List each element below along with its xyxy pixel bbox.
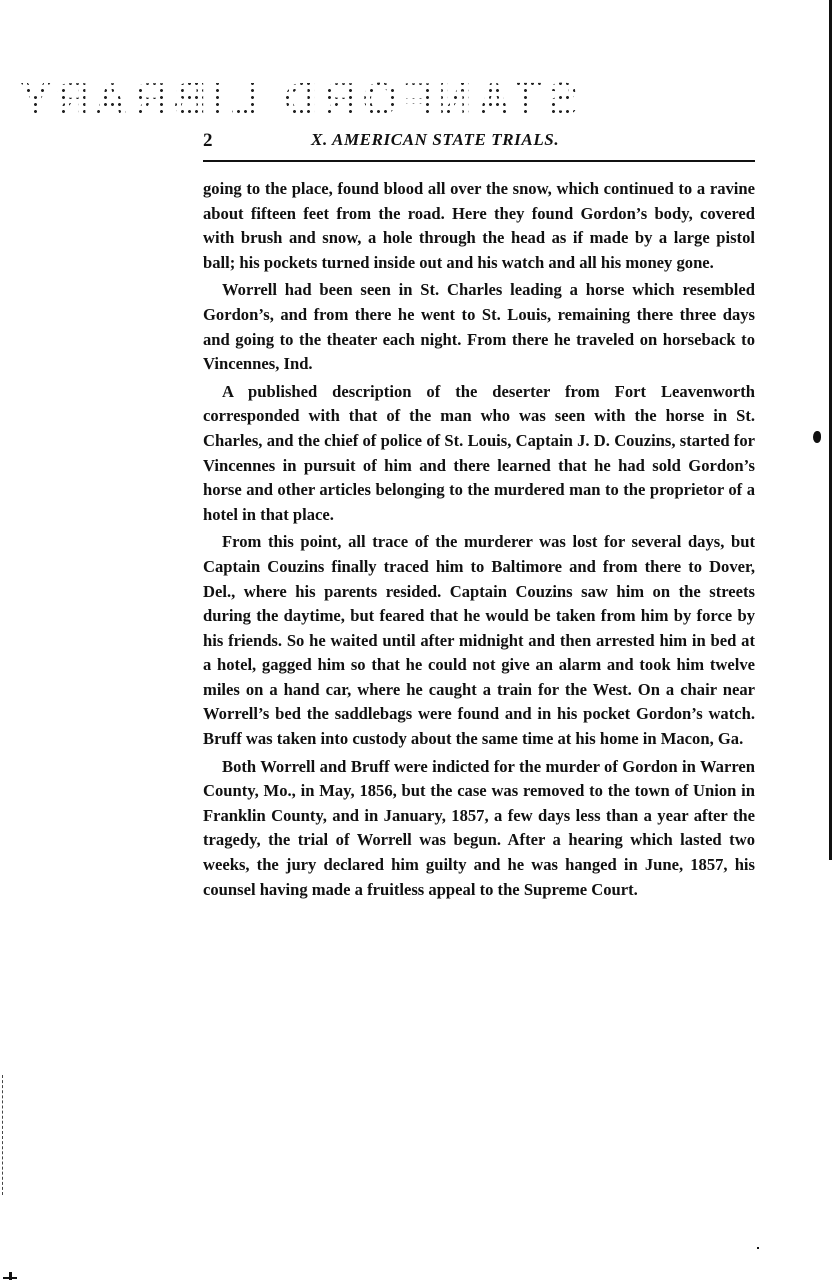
scan-edge-dashes [2, 1075, 4, 1195]
paragraph: going to the place, found blood all over… [203, 177, 755, 275]
running-title: X. AMERICAN STATE TRIALS. [311, 130, 559, 150]
header-rule [203, 160, 755, 162]
body-text: going to the place, found blood all over… [203, 177, 755, 905]
library-perforation-stamp: STANFORD LIBRARY [118, 74, 578, 124]
page-number: 2 [203, 130, 213, 152]
running-head: 2 X. AMERICAN STATE TRIALS. [203, 130, 755, 158]
stamp-text: STANFORD LIBRARY [14, 73, 578, 125]
ink-speck [757, 1247, 759, 1249]
paragraph: A published description of the deserter … [203, 380, 755, 528]
paragraph: From this point, all trace of the murder… [203, 530, 755, 751]
margin-ink-mark [813, 431, 821, 443]
scan-corner-mark [3, 1272, 17, 1280]
page-edge-line [829, 0, 832, 860]
paragraph: Worrell had been seen in St. Charles lea… [203, 278, 755, 376]
paragraph: Both Worrell and Bruff were indicted for… [203, 755, 755, 903]
